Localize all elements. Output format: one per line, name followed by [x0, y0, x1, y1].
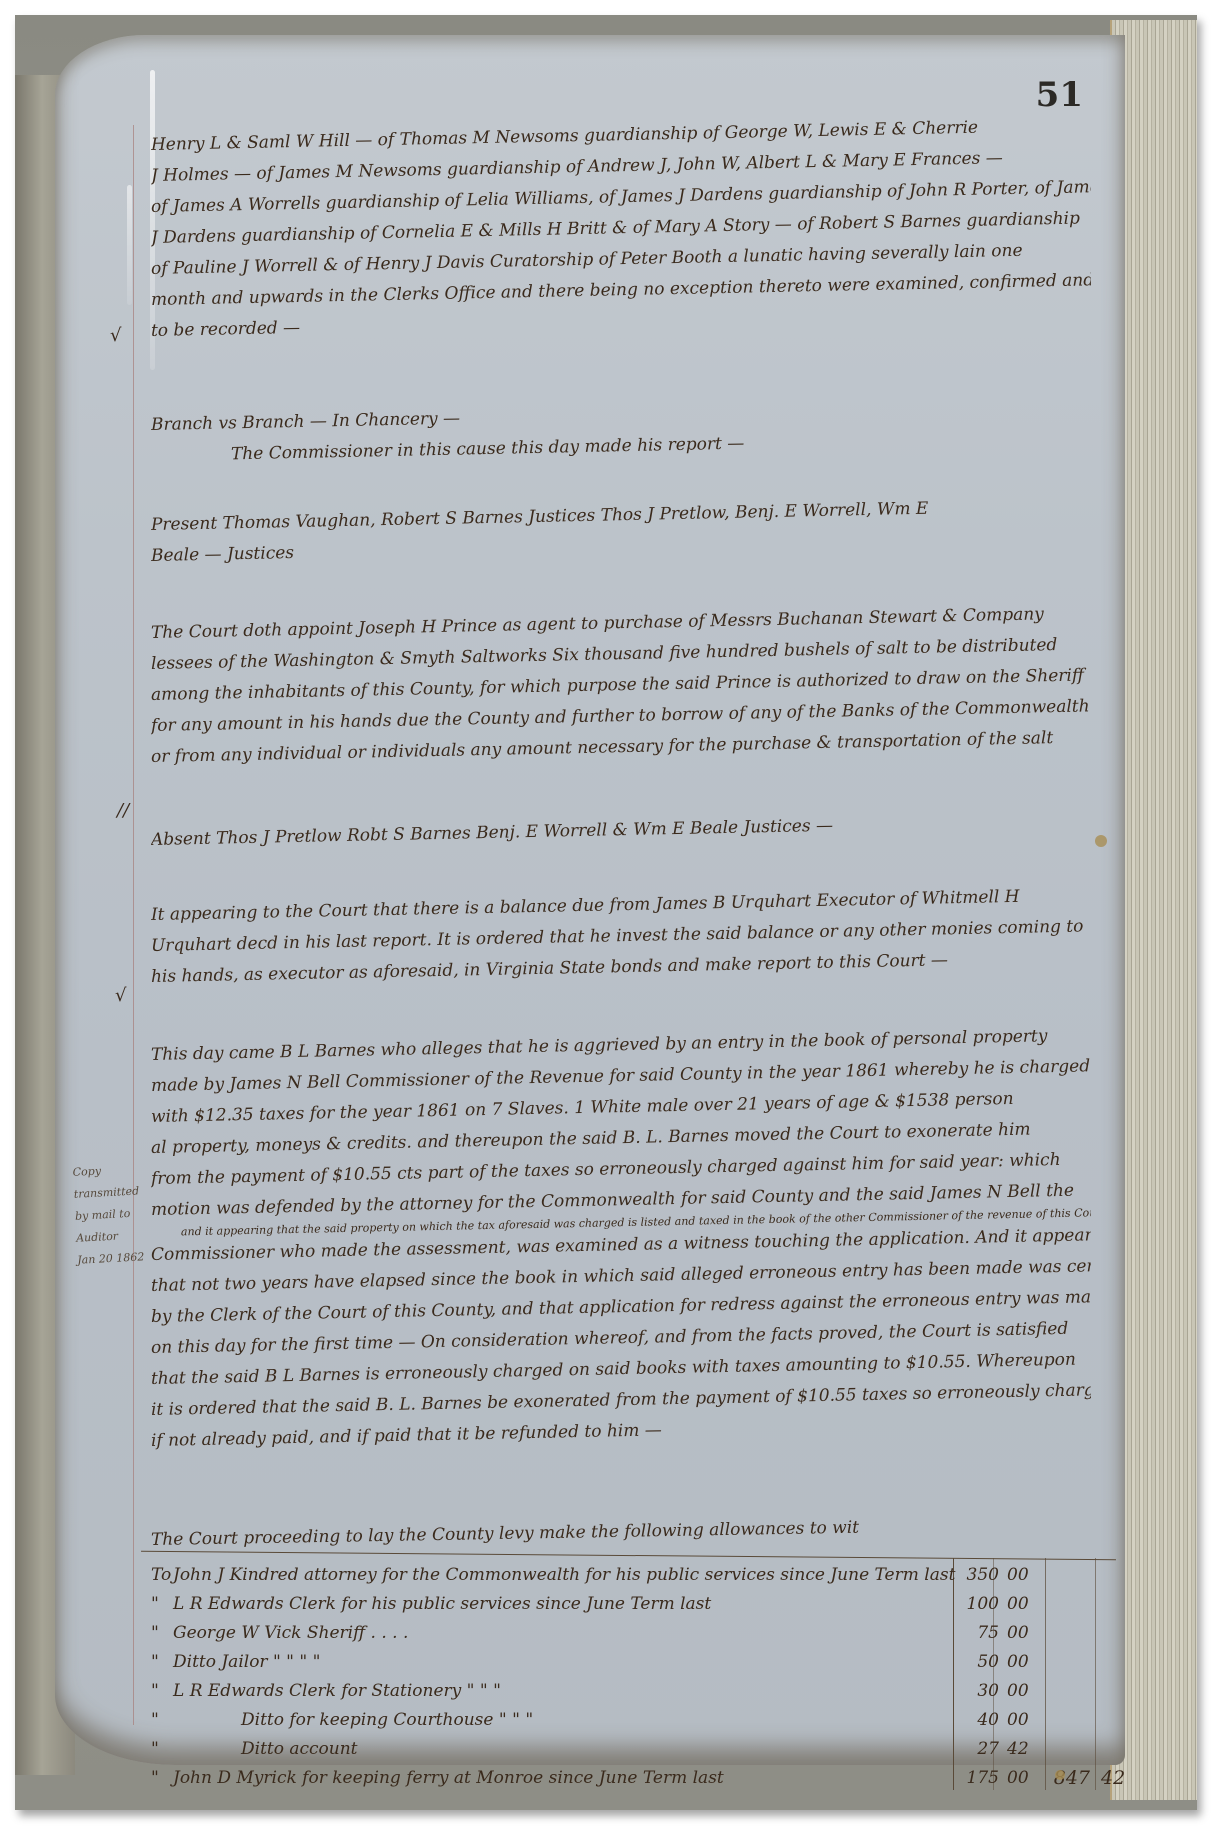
- entry-urquhart-order: It appearing to the Court that there is …: [151, 900, 1091, 993]
- ditto-mark: ": [151, 1648, 163, 1677]
- ledger-page: 51 Henry L & Saml W Hill — of Thomas M N…: [55, 35, 1125, 1765]
- allowance-row: " George W Vick Sheriff . . . . 75 00: [151, 1619, 1111, 1648]
- allowance-description: John J Kindred attorney for the Commonwe…: [173, 1561, 955, 1590]
- entry-absent-justices: Absent Thos J Pretlow Robt S Barnes Benj…: [151, 825, 1091, 856]
- margin-note: Copy transmitted by mail to Auditor Jan …: [72, 1158, 148, 1272]
- allowance-description: L R Edwards Clerk for his public service…: [173, 1590, 711, 1619]
- ditto-mark: ": [151, 1677, 163, 1706]
- document-photo: 51 Henry L & Saml W Hill — of Thomas M N…: [15, 15, 1197, 1810]
- margin-tick-mark: √: [115, 985, 126, 1006]
- allowance-row: " Ditto for keeping Courthouse " " " 40 …: [151, 1706, 1111, 1735]
- entry-chancery-case: Branch vs Branch — In Chancery — The Com…: [151, 410, 1091, 472]
- allowances-heading: The Court proceeding to lay the County l…: [151, 1508, 1111, 1555]
- amount-dollars: 75: [951, 1619, 999, 1648]
- allowance-row: " L R Edwards Clerk for his public servi…: [151, 1590, 1111, 1619]
- amount-cents: 00: [1007, 1677, 1037, 1706]
- ditto-mark: ": [151, 1590, 163, 1619]
- allowance-row: " Ditto Jailor " " " " 50 00: [151, 1648, 1111, 1677]
- ditto-mark: ": [151, 1619, 163, 1648]
- amount-dollars: 100: [951, 1590, 999, 1619]
- margin-rule: [133, 125, 134, 1725]
- total-dollars: 847: [1046, 1764, 1090, 1793]
- entry-barnes-tax-order: This day came B L Barnes who alleges tha…: [151, 1040, 1091, 1457]
- amount-cents: 00: [1007, 1706, 1037, 1735]
- amount-cents: 00: [1007, 1764, 1037, 1793]
- county-levy-allowances: The Court proceeding to lay the County l…: [151, 1525, 1111, 1793]
- allowance-row: " L R Edwards Clerk for Stationery " " "…: [151, 1677, 1111, 1706]
- amount-dollars: 175: [951, 1764, 999, 1793]
- amount-cents: 00: [1007, 1648, 1037, 1677]
- ditto-mark: ": [151, 1735, 163, 1764]
- ink-stain: [1095, 835, 1107, 847]
- margin-tick-mark: √: [110, 325, 121, 346]
- allowance-description: Ditto account: [241, 1735, 358, 1764]
- ditto-mark: ": [151, 1764, 163, 1793]
- allowance-description: Ditto for keeping Courthouse " " ": [241, 1706, 533, 1735]
- margin-note-line: by mail to Auditor: [74, 1202, 146, 1250]
- amount-dollars: 350: [951, 1561, 999, 1590]
- margin-tick-mark: //: [117, 800, 129, 821]
- amount-dollars: 27: [951, 1735, 999, 1764]
- amount-dollars: 40: [951, 1706, 999, 1735]
- ditto-mark: ": [151, 1706, 163, 1735]
- allowance-row: To John J Kindred attorney for the Commo…: [151, 1561, 1111, 1590]
- amount-cents: 00: [1007, 1561, 1037, 1590]
- total-cents: 42: [1101, 1764, 1131, 1793]
- amount-cents: 00: [1007, 1590, 1037, 1619]
- entry-guardianship-reports: Henry L & Saml W Hill — of Thomas M News…: [151, 130, 1091, 347]
- amount-cents: 00: [1007, 1619, 1037, 1648]
- amount-cents: 42: [1007, 1735, 1037, 1764]
- entry-present-justices: Present Thomas Vaughan, Robert S Barnes …: [151, 510, 1091, 572]
- ink-stain: [1055, 1770, 1065, 1780]
- allowance-description: Ditto Jailor " " " ": [173, 1648, 320, 1677]
- allowance-row: " John D Myrick for keeping ferry at Mon…: [151, 1764, 1111, 1793]
- allowance-description: George W Vick Sheriff . . . .: [173, 1619, 408, 1648]
- allowance-description: L R Edwards Clerk for Stationery " " ": [173, 1677, 501, 1706]
- glare-highlight: [127, 185, 132, 305]
- entry-salt-agent-order: The Court doth appoint Joseph H Prince a…: [151, 618, 1091, 773]
- amount-dollars: 30: [951, 1677, 999, 1706]
- page-number: 51: [1036, 75, 1083, 115]
- allowance-description: John D Myrick for keeping ferry at Monro…: [173, 1764, 724, 1793]
- margin-note-line: Copy transmitted: [72, 1158, 144, 1206]
- text-line: Absent Thos J Pretlow Robt S Barnes Benj…: [151, 805, 1091, 856]
- allowance-row: " Ditto account 27 42: [151, 1735, 1111, 1764]
- margin-note-line: Jan 20 1862: [77, 1246, 148, 1272]
- amount-dollars: 50: [951, 1648, 999, 1677]
- ditto-mark: To: [151, 1561, 163, 1590]
